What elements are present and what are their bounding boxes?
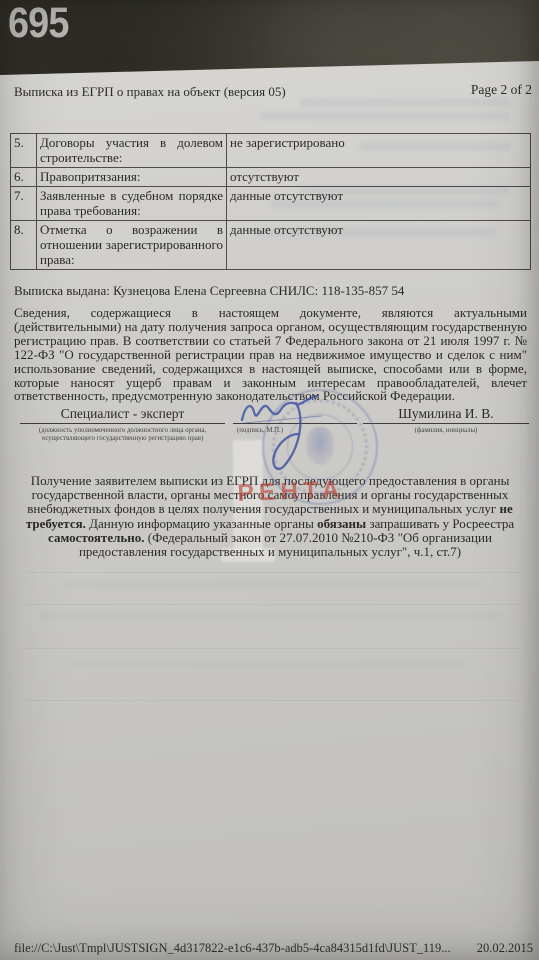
row-label: Отметка о возражении в отношении зарегис… xyxy=(37,221,227,270)
row-label: Заявленные в судебном порядке права треб… xyxy=(37,187,227,221)
row-label: Договоры участия в долевом строительстве… xyxy=(37,134,227,168)
printed-date: 20.02.2015 xyxy=(477,941,533,956)
signature-line xyxy=(363,423,529,424)
batch-number: 695 xyxy=(8,2,69,45)
row-number: 8. xyxy=(11,221,37,270)
notice-paragraph: Получение заявителем выписки из ЕГРП для… xyxy=(22,474,518,559)
name-note: (фамилия, инициалы) xyxy=(363,427,529,435)
notice-bold: обязаны xyxy=(317,516,366,531)
notice-text: запрашивать у Росреестра xyxy=(366,516,514,531)
sign-note: (подпись, М.П.) xyxy=(237,427,327,435)
document-title: Выписка из ЕГРП о правах на объект (верс… xyxy=(14,84,286,100)
bleed-through-smudge xyxy=(40,612,500,621)
rights-table: 5. Договоры участия в долевом строительс… xyxy=(10,133,531,270)
row-number: 5. xyxy=(11,134,37,168)
photo-background: 695 xyxy=(0,0,539,80)
row-value: данные отсутствуют xyxy=(227,221,531,270)
row-label: Правопритязания: xyxy=(37,168,227,187)
page-number: Page 2 of 2 xyxy=(471,82,532,98)
bleed-through-smudge xyxy=(300,98,510,107)
bleed-through-line xyxy=(25,700,520,701)
bleed-through-smudge xyxy=(70,660,470,668)
row-value: отсутствуют xyxy=(227,168,531,187)
bleed-through-smudge xyxy=(260,112,510,120)
row-value: данные отсутствуют xyxy=(227,187,531,221)
printed-file-path: file://C:\Just\Tmpl\JUSTSIGN_4d317822-e1… xyxy=(14,941,451,956)
signer-name: Шумилина И. В. xyxy=(363,406,529,422)
notice-text: Получение заявителем выписки из ЕГРП для… xyxy=(27,473,509,516)
notice-text: Данную информацию указанные органы xyxy=(86,516,317,531)
legal-paragraph: Сведения, содержащиеся в настоящем докум… xyxy=(14,306,527,403)
signature-line xyxy=(233,423,357,424)
signer-position: Специалист - эксперт xyxy=(20,406,225,422)
position-note: (должность уполномоченного должностного … xyxy=(20,427,225,442)
photo-of-document: { "photo": { "batch_number": "695" }, "c… xyxy=(0,0,539,960)
table-row: 8. Отметка о возражении в отношении заре… xyxy=(11,221,531,270)
bleed-through-smudge xyxy=(60,580,480,588)
bleed-through-line xyxy=(25,604,520,605)
row-number: 6. xyxy=(11,168,37,187)
bleed-through-line xyxy=(25,648,520,649)
row-value: не зарегистрировано xyxy=(227,134,531,168)
notice-bold: самостоятельно. xyxy=(48,530,144,545)
table-row: 7. Заявленные в судебном порядке права т… xyxy=(11,187,531,221)
row-number: 7. xyxy=(11,187,37,221)
signature-line xyxy=(20,423,225,424)
issued-to-line: Выписка выдана: Кузнецова Елена Сергеевн… xyxy=(14,283,404,299)
table-row: 6. Правопритязания: отсутствуют xyxy=(11,168,531,187)
bleed-through-line xyxy=(25,572,520,573)
table-row: 5. Договоры участия в долевом строительс… xyxy=(11,134,531,168)
